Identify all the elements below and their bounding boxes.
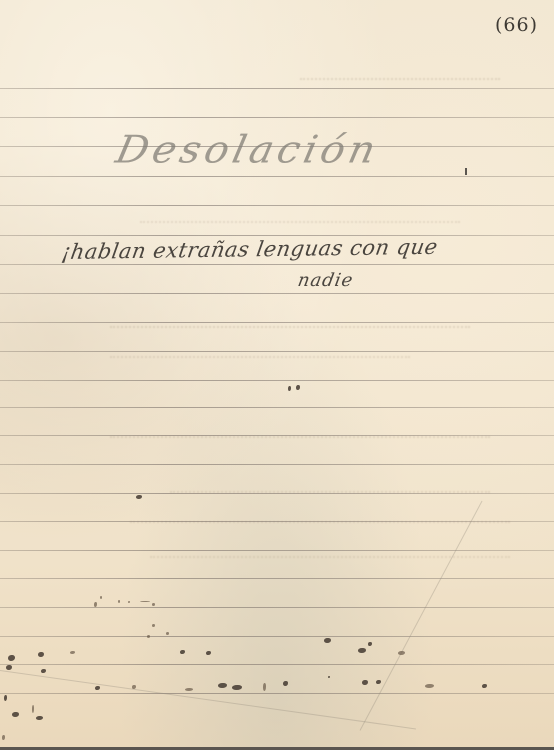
rule-line xyxy=(0,693,554,694)
rule-line xyxy=(0,176,554,177)
manuscript-line: nadie xyxy=(296,270,355,291)
poem-title: Desolación xyxy=(112,128,383,172)
rule-line xyxy=(0,493,554,494)
rule-line xyxy=(0,88,554,89)
rule-line xyxy=(0,607,554,608)
rule-line xyxy=(0,407,554,408)
rule-line xyxy=(0,380,554,381)
rule-line xyxy=(0,293,554,294)
bleed-through xyxy=(170,475,490,493)
manuscript-page: (66) Desolación ¡hablan extrañas lenguas… xyxy=(0,0,554,750)
rule-line xyxy=(0,264,554,265)
rule-line xyxy=(0,578,554,579)
bleed-through xyxy=(140,205,460,223)
bleed-through xyxy=(130,505,510,523)
bleed-through xyxy=(110,340,410,358)
rule-line xyxy=(0,464,554,465)
ruled-lines xyxy=(0,0,554,750)
bleed-through xyxy=(300,60,500,80)
bleed-through xyxy=(110,420,490,438)
title-mark xyxy=(465,168,467,175)
rule-line xyxy=(0,117,554,118)
bleed-through xyxy=(110,310,470,328)
rule-line xyxy=(0,235,554,236)
rule-line xyxy=(0,664,554,665)
rule-line xyxy=(0,636,554,637)
page-number: (66) xyxy=(495,14,538,36)
